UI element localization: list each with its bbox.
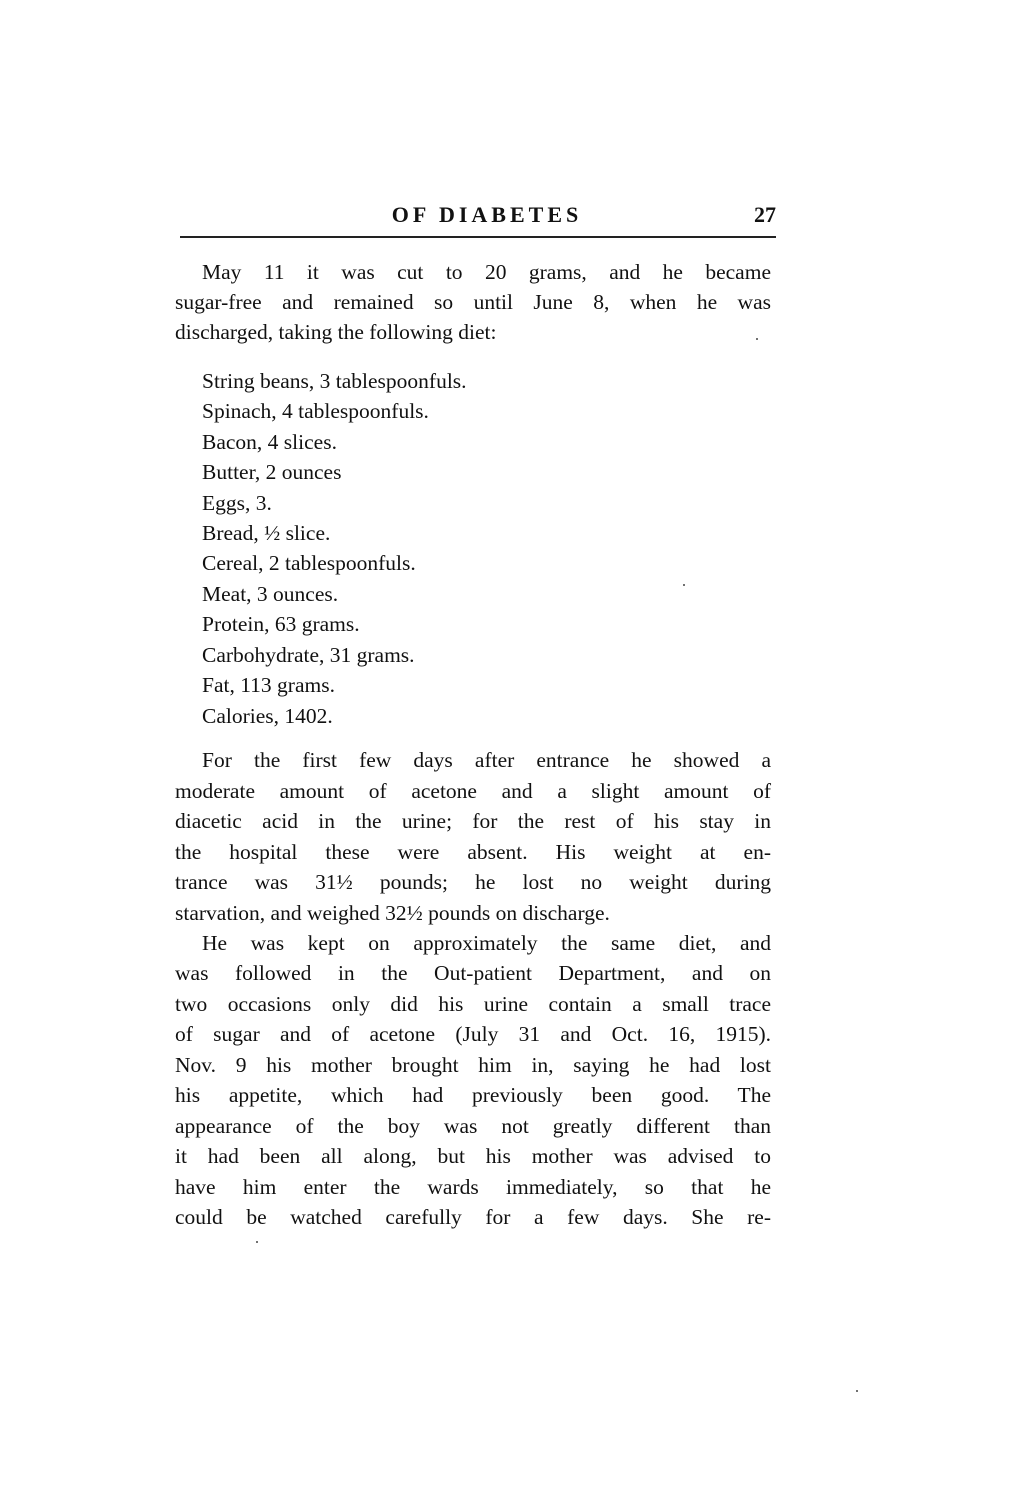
scan-speck	[256, 1241, 258, 1243]
diet-list-item: Butter, 2 ounces	[202, 457, 341, 487]
page-number: 27	[754, 200, 776, 230]
paragraph-2-line: trance was 31½ pounds; he lost no weight…	[175, 867, 771, 897]
paragraph-2-line: diacetic acid in the urine; for the rest…	[175, 806, 771, 836]
paragraph-3-line: it had been all along, but his mother wa…	[175, 1141, 771, 1171]
scan-speck	[756, 338, 758, 340]
scan-speck	[683, 584, 685, 586]
scan-speck	[856, 1390, 858, 1392]
diet-list-item: Protein, 63 grams.	[202, 609, 360, 639]
running-head: OF DIABETES 27	[178, 200, 776, 230]
paragraph-1-line: May 11 it was cut to 20 grams, and he be…	[202, 257, 771, 287]
diet-list-item: String beans, 3 tablespoonfuls.	[202, 366, 467, 396]
paragraph-3-line: was followed in the Out-patient Departme…	[175, 958, 771, 988]
paragraph-2-line: For the first few days after entrance he…	[202, 745, 771, 775]
diet-list-item: Fat, 113 grams.	[202, 670, 335, 700]
paragraph-3-line: Nov. 9 his mother brought him in, saying…	[175, 1050, 771, 1080]
diet-list-item: Meat, 3 ounces.	[202, 579, 338, 609]
paragraph-3-line: have him enter the wards immediately, so…	[175, 1172, 771, 1202]
paragraph-3-line: two occasions only did his urine contain…	[175, 989, 771, 1019]
paragraph-2-line: moderate amount of acetone and a slight …	[175, 776, 771, 806]
diet-list-item: Cereal, 2 tablespoonfuls.	[202, 548, 416, 578]
diet-list-item: Eggs, 3.	[202, 488, 272, 518]
paragraph-2-line: starvation, and weighed 32½ pounds on di…	[175, 898, 771, 928]
paragraph-1-line: sugar-free and remained so until June 8,…	[175, 287, 771, 317]
book-page: OF DIABETES 27 May 11 it was cut to 20 g…	[0, 0, 1010, 1495]
diet-list-item: Calories, 1402.	[202, 701, 333, 731]
diet-list-item: Bread, ½ slice.	[202, 518, 330, 548]
diet-list-item: Bacon, 4 slices.	[202, 427, 337, 457]
paragraph-3-line: appearance of the boy was not greatly di…	[175, 1111, 771, 1141]
paragraph-3-line: could be watched carefully for a few day…	[175, 1202, 771, 1232]
diet-list-item: Spinach, 4 tablespoonfuls.	[202, 396, 429, 426]
paragraph-3-line: He was kept on approximately the same di…	[202, 928, 771, 958]
running-title: OF DIABETES	[178, 200, 776, 230]
header-rule	[180, 236, 776, 238]
paragraph-3-line: of sugar and of acetone (July 31 and Oct…	[175, 1019, 771, 1049]
paragraph-2-line: the hospital these were absent. His weig…	[175, 837, 771, 867]
paragraph-1-line: discharged, taking the following diet:	[175, 317, 771, 347]
paragraph-3-line: his appetite, which had previously been …	[175, 1080, 771, 1110]
diet-list-item: Carbohydrate, 31 grams.	[202, 640, 415, 670]
